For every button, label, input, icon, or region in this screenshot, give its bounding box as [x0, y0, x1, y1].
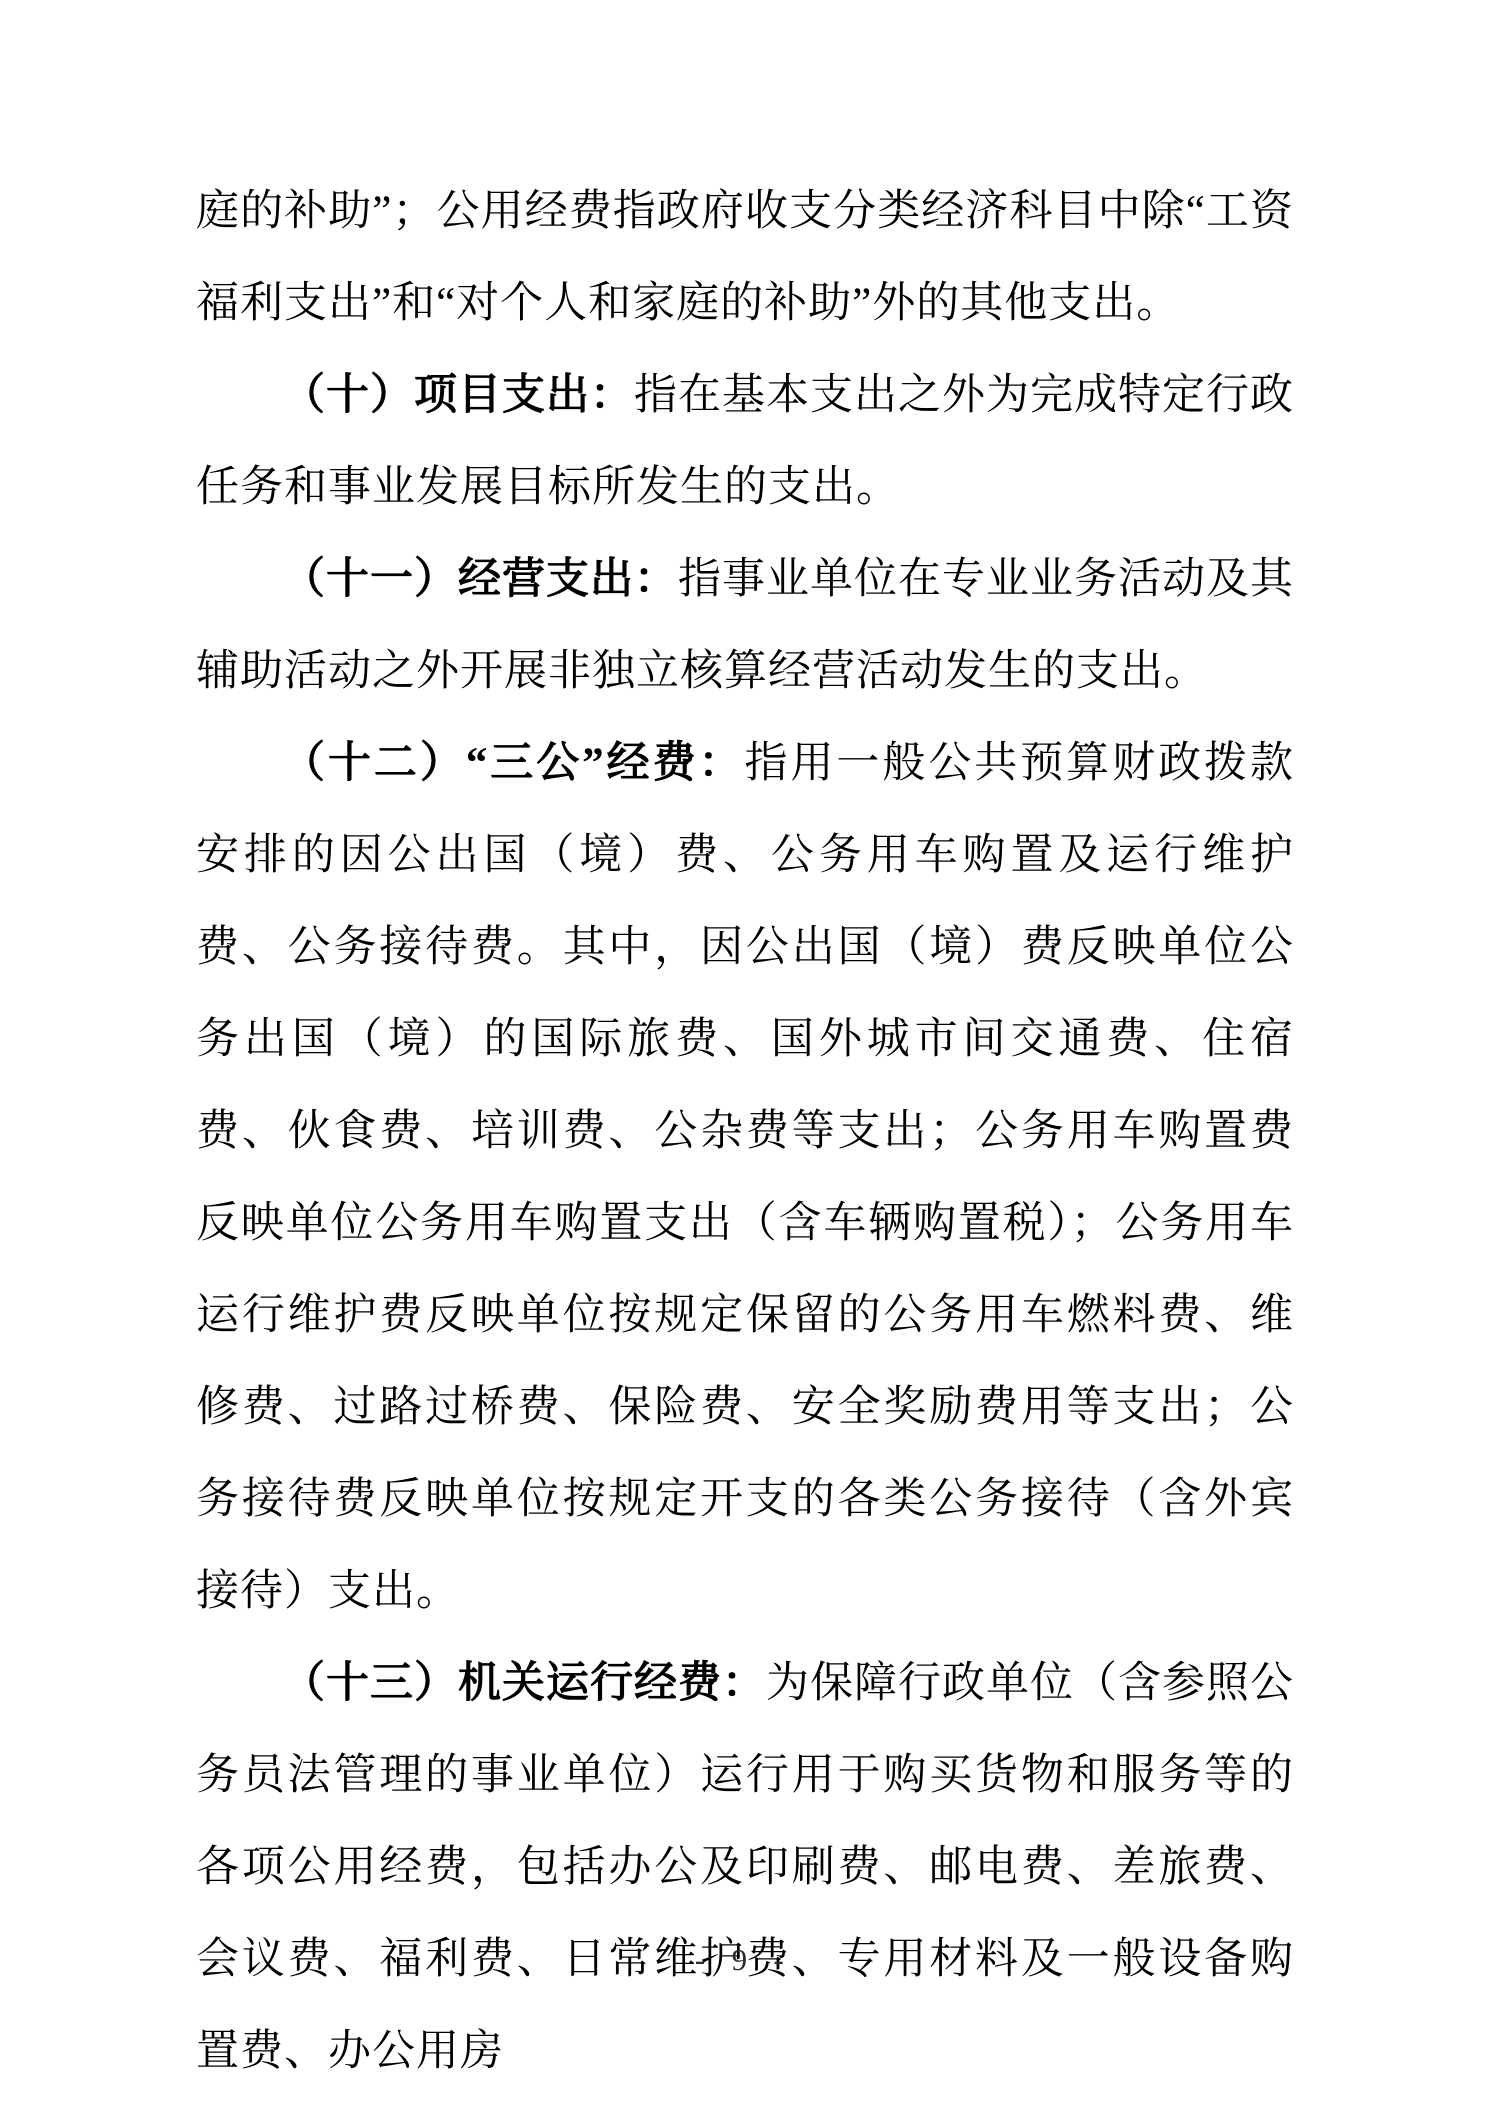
paragraph-lead: （十二）“三公”经费： — [282, 740, 745, 787]
paragraph-lead: （十）项目支出： — [282, 372, 634, 419]
paragraph-continuation: 庭的补助”；公用经费指政府收支分类经济科目中除“工资福利支出”和“对个人和家庭的… — [196, 166, 1294, 350]
paragraph-item-10: （十）项目支出：指在基本支出之外为完成特定行政任务和事业发展目标所发生的支出。 — [196, 350, 1294, 534]
paragraph-item-13: （十三）机关运行经费：为保障行政单位（含参照公务员法管理的事业单位）运行用于购买… — [196, 1638, 1294, 2098]
paragraph-text: 庭的补助”；公用经费指政府收支分类经济科目中除“工资福利支出”和“对个人和家庭的… — [196, 188, 1294, 327]
paragraph-lead: （十三）机关运行经费： — [282, 1660, 766, 1707]
document-page: 庭的补助”；公用经费指政府收支分类经济科目中除“工资福利支出”和“对个人和家庭的… — [0, 0, 1488, 2104]
page-number: - 9 - — [0, 1942, 1488, 1978]
document-body: 庭的补助”；公用经费指政府收支分类经济科目中除“工资福利支出”和“对个人和家庭的… — [196, 166, 1294, 2098]
paragraph-item-11: （十一）经营支出：指事业单位在专业业务活动及其辅助活动之外开展非独立核算经营活动… — [196, 534, 1294, 718]
paragraph-text: 指用一般公共预算财政拨款安排的因公出国（境）费、公务用车购置及运行维护费、公务接… — [196, 740, 1294, 1615]
paragraph-item-12: （十二）“三公”经费：指用一般公共预算财政拨款安排的因公出国（境）费、公务用车购… — [196, 718, 1294, 1638]
paragraph-text: 为保障行政单位（含参照公务员法管理的事业单位）运行用于购买货物和服务等的各项公用… — [196, 1660, 1294, 2075]
paragraph-lead: （十一）经营支出： — [282, 556, 678, 603]
